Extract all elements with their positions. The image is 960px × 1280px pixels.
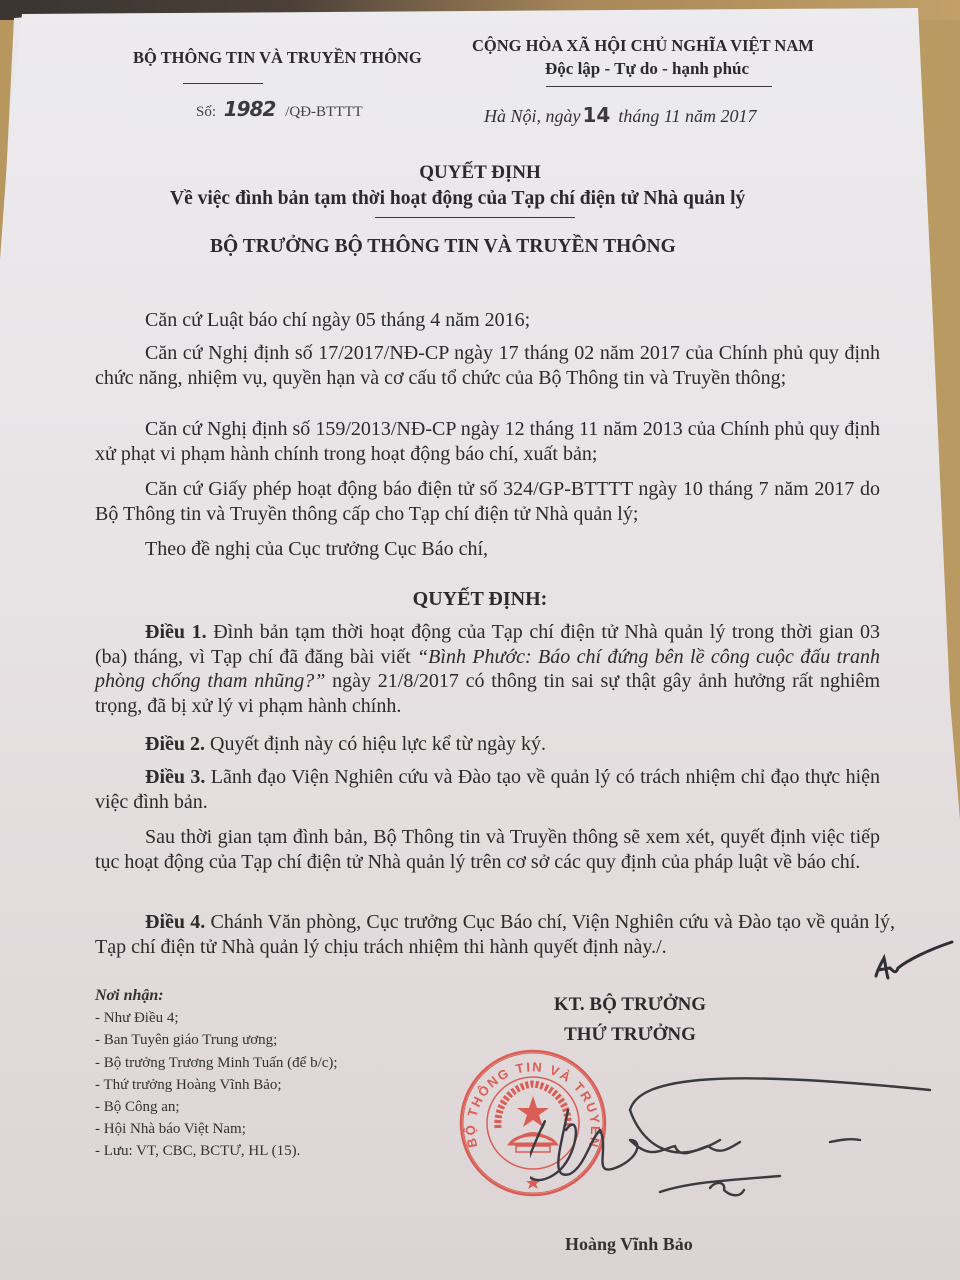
legal-basis-2: Căn cứ Nghị định số 17/2017/NĐ-CP ngày 1… — [95, 341, 880, 390]
number-label: Số: — [196, 104, 216, 120]
decision-heading: QUYẾT ĐỊNH: — [0, 588, 960, 611]
recipient-item: - Ban Tuyên giáo Trung ương; — [95, 1029, 338, 1051]
legal-basis-3: Căn cứ Nghị định số 159/2013/NĐ-CP ngày … — [95, 417, 880, 466]
article-2: Điều 2. Quyết định này có hiệu lực kể từ… — [95, 732, 880, 757]
handwritten-signature — [530, 1070, 950, 1240]
initials-mark — [868, 938, 958, 988]
agency-name: BỘ THÔNG TIN VÀ TRUYỀN THÔNG — [133, 48, 422, 68]
recipient-item: - Bộ trưởng Trương Minh Tuấn (để b/c); — [95, 1052, 338, 1074]
document-number: Số: 1982 /QĐ-BTTTT — [196, 97, 363, 121]
motto-underline — [546, 86, 772, 87]
recipient-item: - Bộ Công an; — [95, 1096, 338, 1118]
recipients-list: Nơi nhận: - Như Điều 4; - Ban Tuyên giáo… — [95, 985, 338, 1163]
legal-basis-5: Theo đề nghị của Cục trưởng Cục Báo chí, — [95, 537, 880, 562]
agency-underline — [183, 83, 263, 84]
issuer-title: BỘ TRƯỞNG BỘ THÔNG TIN VÀ TRUYỀN THÔNG — [210, 236, 676, 258]
article-1-label: Điều 1. — [145, 621, 207, 643]
recipient-item: - Thứ trưởng Hoàng Vĩnh Bảo; — [95, 1074, 338, 1096]
legal-basis-1: Căn cứ Luật báo chí ngày 05 tháng 4 năm … — [95, 308, 880, 333]
signature-block: KT. BỘ TRƯỞNG THỨ TRƯỞNG — [470, 990, 790, 1050]
recipients-title: Nơi nhận: — [95, 985, 338, 1007]
recipient-item: - Lưu: VT, CBC, BCTƯ, HL (15). — [95, 1140, 338, 1162]
article-1: Điều 1. Đình bản tạm thời hoạt động của … — [95, 620, 880, 718]
signature-line-2: THỨ TRƯỞNG — [470, 1020, 790, 1050]
article-2-label: Điều 2. — [145, 733, 205, 755]
date-prefix: Hà Nội, ngày — [484, 106, 581, 126]
date-day-handwritten: 14 — [583, 103, 611, 127]
document-subject: Về việc đình bản tạm thời hoạt động của … — [170, 188, 745, 210]
signer-name: Hoàng Vĩnh Bảo — [565, 1234, 693, 1255]
document-title: QUYẾT ĐỊNH — [0, 162, 960, 184]
subject-underline — [375, 217, 575, 218]
article-3-label: Điều 3. — [145, 766, 205, 788]
number-handwritten: 1982 — [224, 97, 276, 121]
document-page: BỘ THÔNG TIN VÀ TRUYỀN THÔNG Số: 1982 /Q… — [0, 0, 960, 1280]
article-3-followup: Sau thời gian tạm đình bản, Bộ Thông tin… — [95, 825, 880, 874]
article-4-label: Điều 4. — [145, 911, 205, 933]
legal-basis-4: Căn cứ Giấy phép hoạt động báo điện tử s… — [95, 477, 880, 526]
recipient-item: - Hội Nhà báo Việt Nam; — [95, 1118, 338, 1140]
article-3: Điều 3. Lãnh đạo Viện Nghiên cứu và Đào … — [95, 765, 880, 814]
place-date: Hà Nội, ngày14tháng 11 năm 2017 — [484, 103, 757, 127]
national-motto: Độc lập - Tự do - hạnh phúc — [545, 59, 749, 79]
signature-line-1: KT. BỘ TRƯỞNG — [470, 990, 790, 1020]
number-suffix: /QĐ-BTTTT — [285, 104, 362, 120]
date-suffix: tháng 11 năm 2017 — [618, 106, 756, 126]
recipient-item: - Như Điều 4; — [95, 1007, 338, 1029]
article-4: Điều 4. Chánh Văn phòng, Cục trưởng Cục … — [95, 910, 895, 959]
country-name: CỘNG HÒA XÃ HỘI CHỦ NGHĨA VIỆT NAM — [472, 36, 814, 56]
